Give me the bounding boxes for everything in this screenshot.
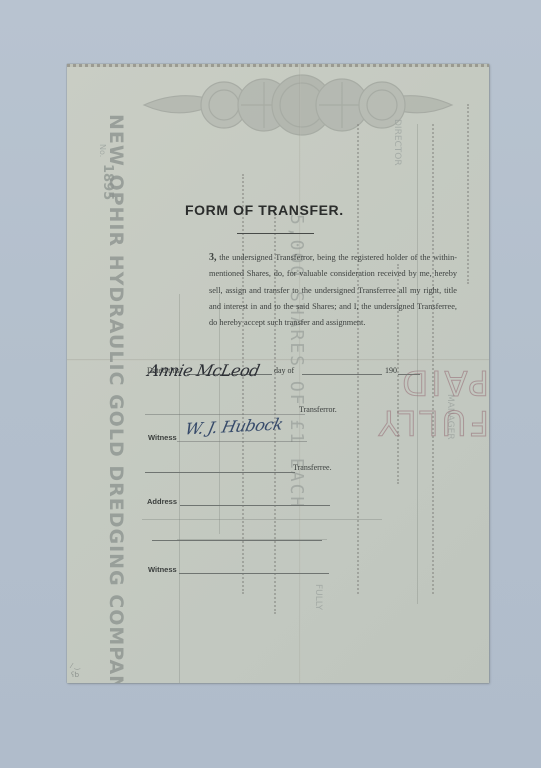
transferror-signature: Annie McLeod <box>146 361 261 380</box>
show-through-handwriting <box>432 124 434 594</box>
declaration-text: the undersigned Transferror, being the r… <box>209 253 457 327</box>
fold-line-horizontal <box>67 359 489 361</box>
form-title: FORM OF TRANSFER. <box>185 202 344 218</box>
address-label: Address <box>147 497 177 506</box>
title-underline <box>237 233 314 234</box>
dated-year-field[interactable] <box>398 374 420 375</box>
show-through-rule <box>417 124 418 604</box>
show-through-handwriting <box>242 174 244 594</box>
witness-label: Witness <box>148 433 177 442</box>
declaration-lead: 3, <box>209 252 217 263</box>
share-transfer-document: NEW OPHIR HYDRAULIC GOLD DREDGING COMPAN… <box>67 64 489 683</box>
transferree-label: Transferree. <box>293 463 332 472</box>
show-through-no-label: No. <box>98 144 107 157</box>
dated-month-field[interactable] <box>302 374 382 375</box>
show-through-year: 1895 <box>100 164 115 200</box>
show-through-handwriting <box>357 124 359 594</box>
ornament-header-icon <box>142 72 454 138</box>
day-of-label: day of <box>274 366 294 375</box>
transferree-signature-line[interactable] <box>145 472 295 473</box>
address-field-line-2[interactable] <box>152 540 322 541</box>
witness-signature: W. J. Hubock <box>183 415 284 439</box>
address-field-line-1[interactable] <box>180 505 330 506</box>
transfer-declaration: 3, the undersigned Transferror, being th… <box>209 250 457 331</box>
year-prefix: 190 <box>385 366 397 375</box>
margin-pencil-note: ⁄ ‿ʕƅ <box>71 662 80 680</box>
show-through-rule <box>142 519 382 520</box>
witness-signature-line[interactable] <box>177 441 307 442</box>
show-through-rule <box>179 294 180 683</box>
second-witness-signature-line[interactable] <box>179 573 329 574</box>
show-through-director: DIRECTOR <box>392 119 402 166</box>
transferror-label: Transferror. <box>299 405 337 414</box>
show-through-fully: FULLY <box>313 584 323 610</box>
show-through-handwriting <box>467 104 469 284</box>
second-witness-label: Witness <box>148 565 177 574</box>
